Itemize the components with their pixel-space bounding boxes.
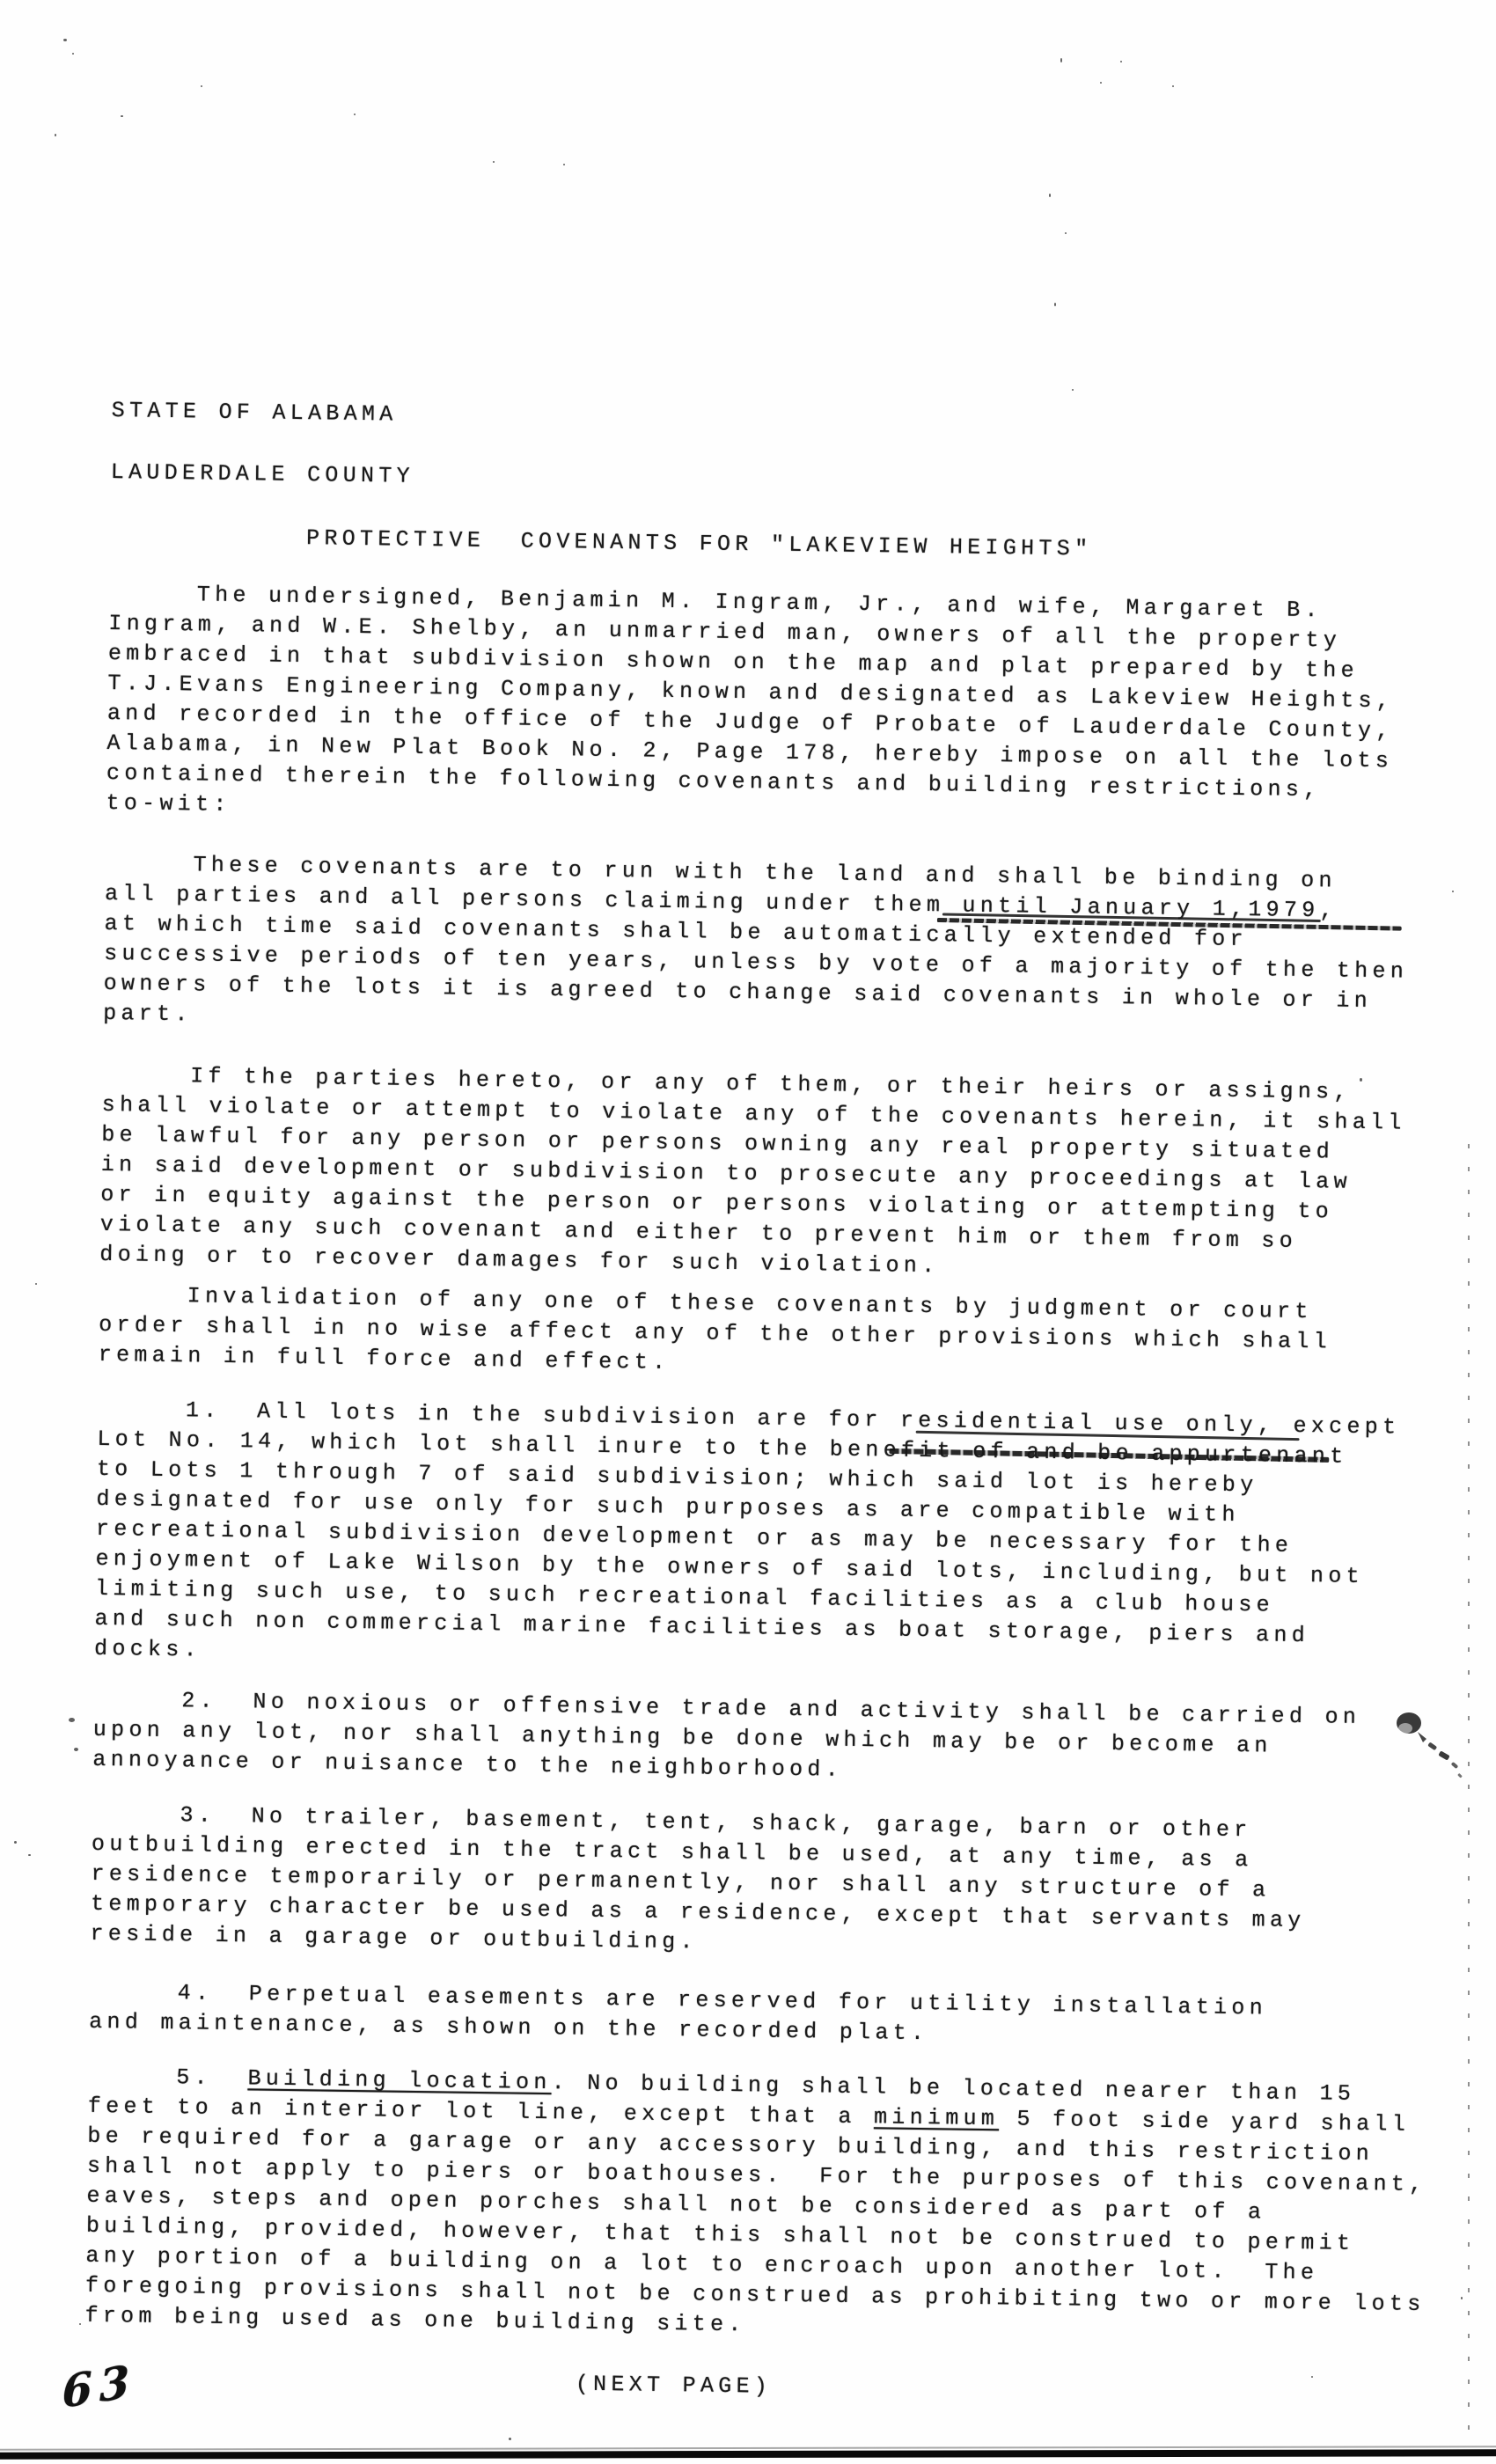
scan-speck (1065, 232, 1067, 234)
paragraph-covenant-5: 5. Building location. No building shall … (84, 2062, 1267, 2348)
scan-speck (1311, 2376, 1313, 2378)
scan-speck (354, 114, 356, 115)
scan-speck (63, 39, 67, 41)
typewritten-text-block: STATE OF ALABAMA LAUDERDALE COUNTY PROTE… (84, 396, 1291, 2409)
paragraph-covenant-2: 2. No noxious or offensive trade and act… (92, 1685, 1272, 1792)
scan-speck (1461, 2297, 1463, 2299)
paragraph-invalidation: Invalidation of any one of these covenan… (99, 1280, 1279, 1387)
scan-speck (69, 1718, 75, 1722)
document-paragraphs: The undersigned, Benjamin M. Ingram, Jr.… (84, 579, 1288, 2348)
scan-speck (1120, 61, 1122, 62)
county-line: LAUDERDALE COUNTY (111, 458, 1290, 504)
state-line: STATE OF ALABAMA (112, 396, 1291, 443)
paragraph-covenant-4: 4. Perpetual easements are reserved for … (89, 1977, 1269, 2054)
paragraph-intro: The undersigned, Benjamin M. Ingram, Jr.… (106, 579, 1288, 835)
scanned-document-page: STATE OF ALABAMA LAUDERDALE COUNTY PROTE… (0, 0, 1496, 2464)
ink-smudge (1393, 1709, 1472, 1806)
scan-speck (201, 85, 202, 87)
scan-speck (28, 1854, 31, 1856)
scan-speck (35, 1283, 37, 1285)
scan-speck (1072, 389, 1074, 391)
paragraph-run-with-land: These covenants are to run with the land… (103, 849, 1285, 1045)
scan-speck (1452, 891, 1454, 892)
scan-speck (493, 161, 495, 163)
scan-speck (74, 1748, 78, 1751)
scan-speck (79, 2323, 81, 2325)
scan-speck (1054, 303, 1056, 306)
document-title: PROTECTIVE COVENANTS FOR "LAKEVIEW HEIGH… (110, 521, 1289, 568)
scan-speck (1060, 58, 1062, 62)
scan-edge-line (0, 2449, 1496, 2460)
next-page-note: (NEXT PAGE) (84, 2363, 1263, 2409)
paragraph-enforcement: If the parties hereto, or any of them, o… (99, 1060, 1281, 1287)
scan-speck (121, 115, 123, 117)
scan-speck (72, 53, 74, 55)
scan-speck (55, 134, 56, 136)
scan-speck (1049, 194, 1051, 197)
scan-speck (563, 164, 565, 165)
scan-speck (1360, 1078, 1362, 1082)
paragraph-covenant-3: 3. No trailer, basement, tent, shack, ga… (90, 1800, 1271, 1966)
scan-speck (14, 1841, 17, 1844)
scan-speck (1100, 82, 1102, 84)
paragraph-covenant-1: 1. All lots in the subdivision are for r… (94, 1395, 1277, 1681)
scan-speck (1172, 85, 1174, 87)
scan-speck (509, 2438, 511, 2440)
handwritten-page-number: 63 (62, 2354, 137, 2418)
